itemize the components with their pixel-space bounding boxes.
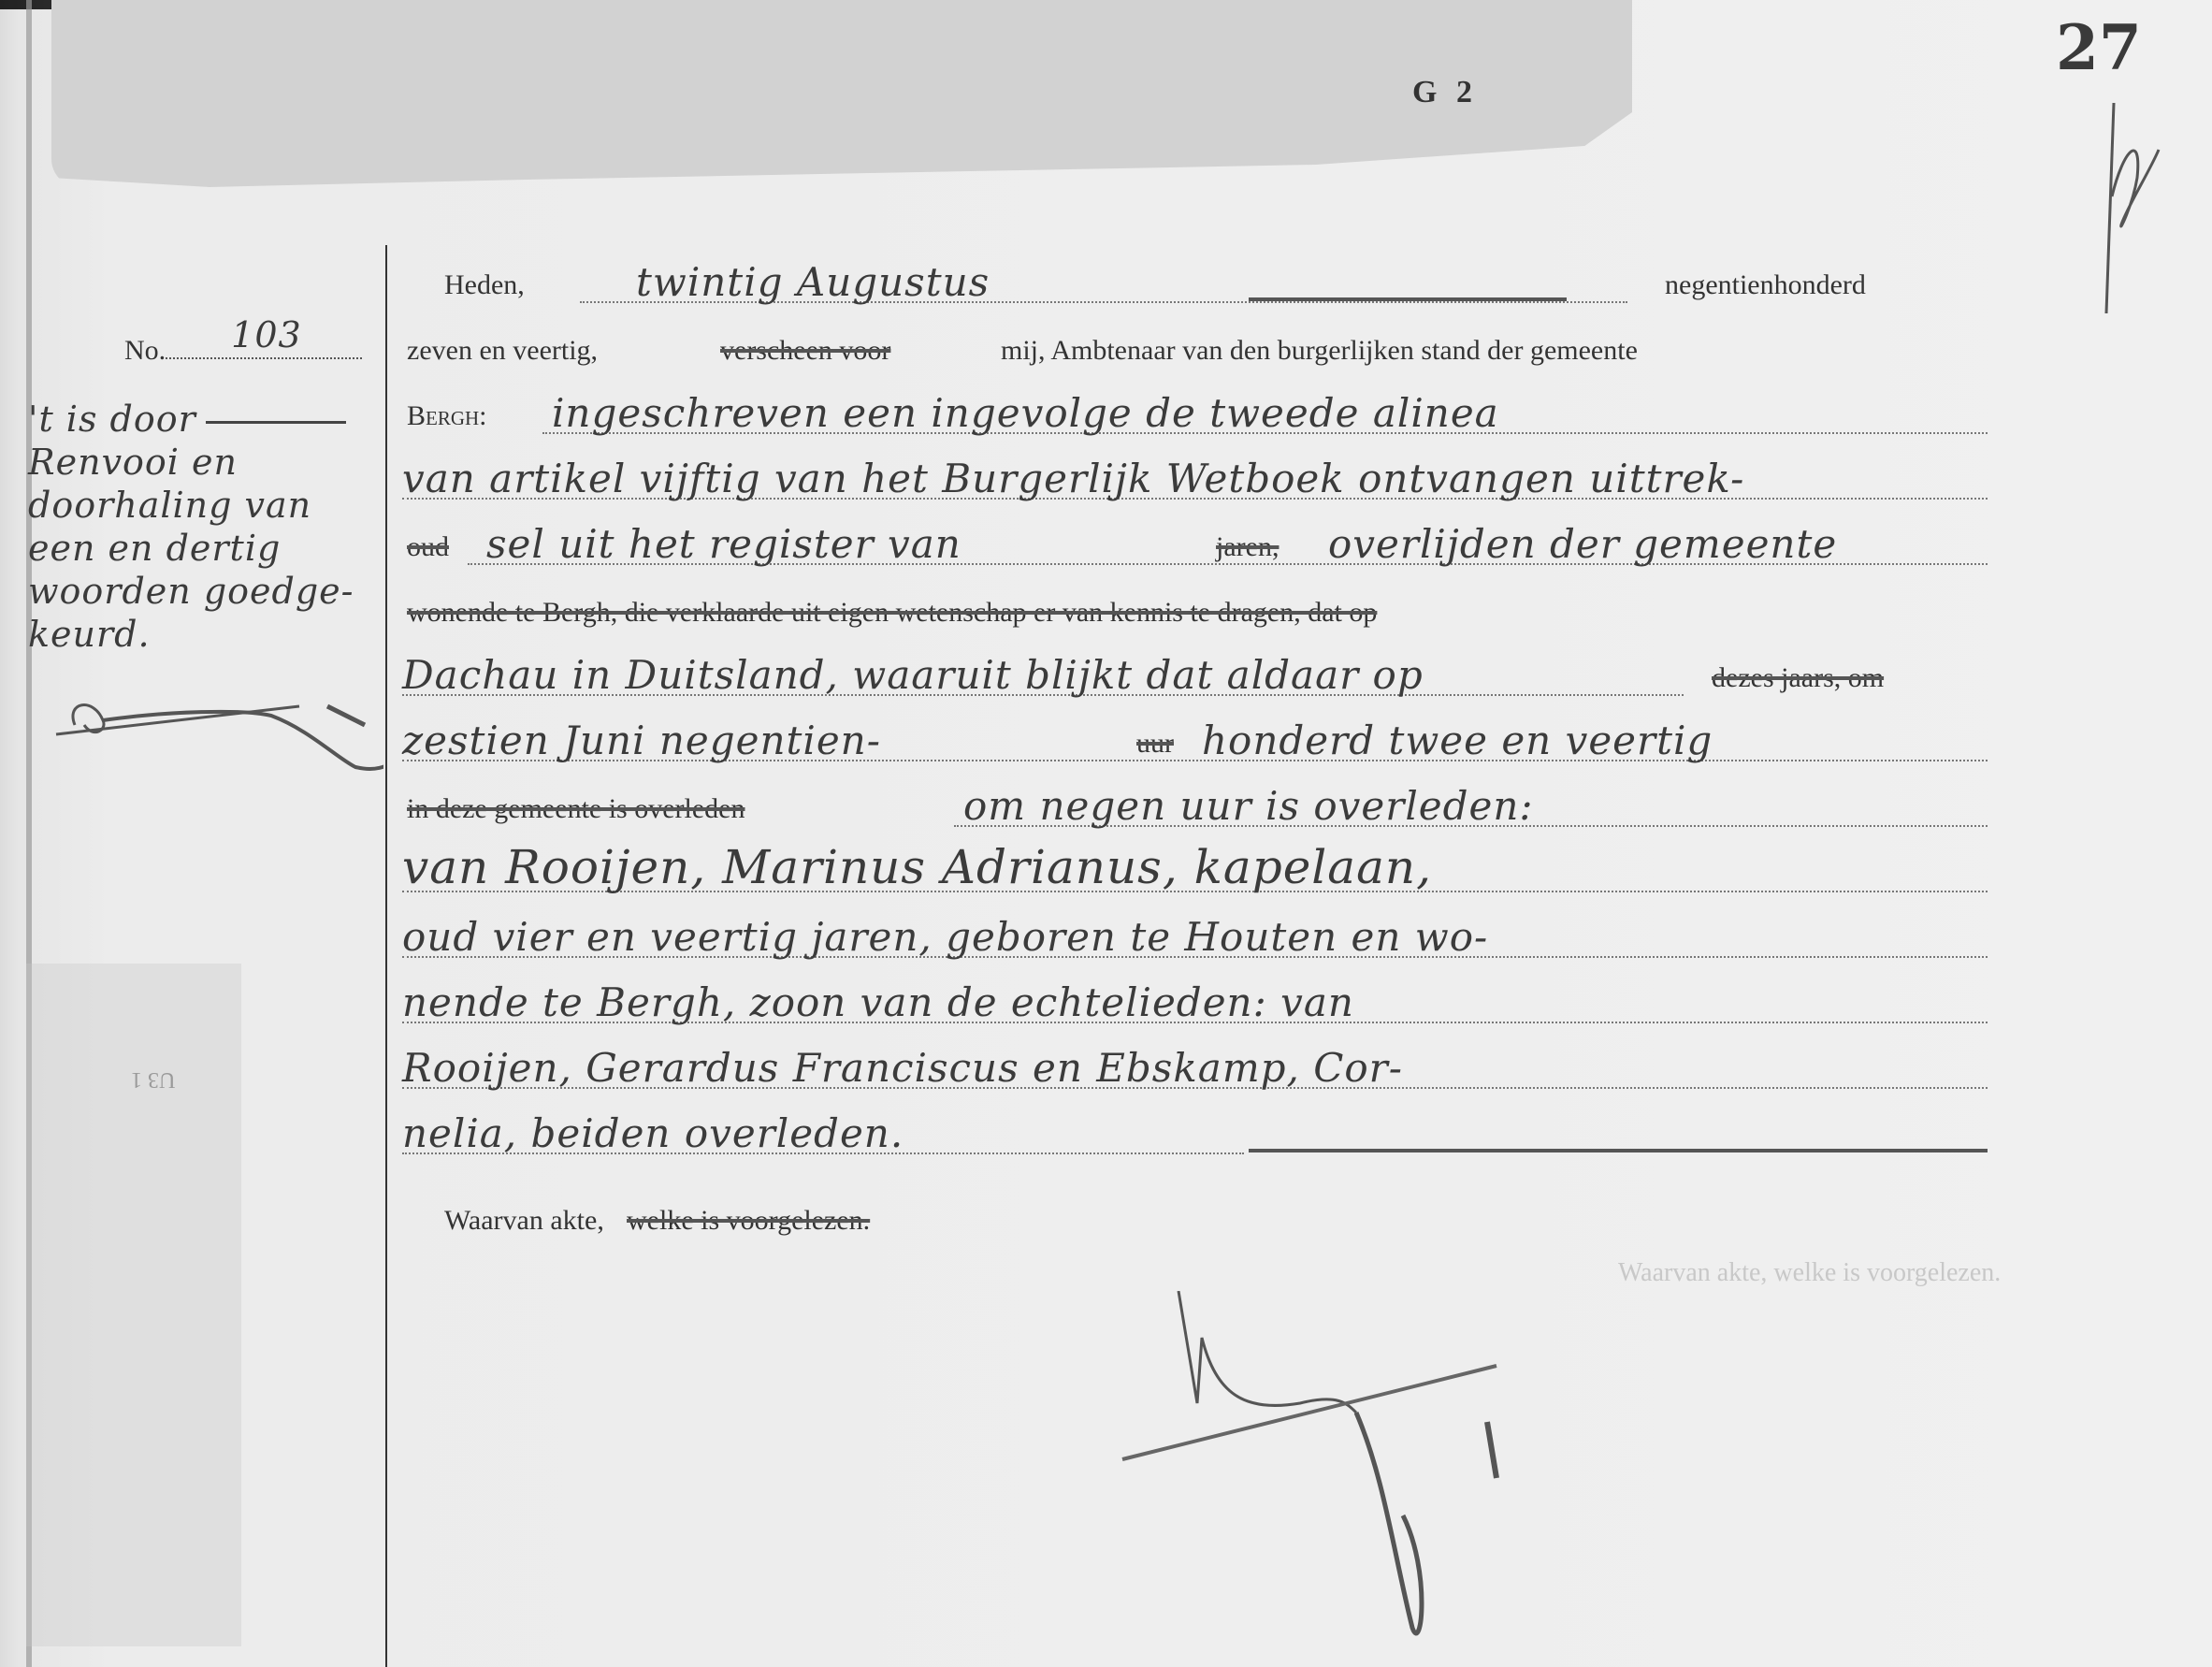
record-number-field: No.103 <box>124 329 362 367</box>
record-line-12: nende te Bergh, zoon van de echtelieden:… <box>402 973 1992 1038</box>
margin-note-line: keurd. <box>28 613 383 656</box>
deceased-name: van Rooijen, Marinus Adrianus, kapelaan, <box>402 840 1432 894</box>
handwritten-text: honderd twee en veertig <box>1202 718 1713 763</box>
record-line-5: oud sel uit het register van jaren, over… <box>402 515 1992 580</box>
handwritten-text: nelia, beiden overleden. <box>402 1110 904 1156</box>
handwritten-text: oud vier en veertig jaren, geboren te Ho… <box>402 914 1488 960</box>
record-line-9: in deze gemeente is overleden om negen u… <box>402 776 1992 842</box>
margin-annotation: 't is door Renvooi en doorhaling van een… <box>28 398 383 656</box>
handwritten-date: twintig Augustus <box>636 259 990 305</box>
column-divider <box>385 245 387 1667</box>
municipality-name: Bergh: <box>407 400 487 432</box>
register-page: G 2 27 No.103 't is door Renvooi en door… <box>0 0 2212 1667</box>
handwritten-text: nende te Bergh, zoon van de echtelieden:… <box>402 979 1354 1025</box>
printed-text: mij, Ambtenaar van den burgerlijken stan… <box>1001 335 1638 367</box>
record-line-4: van artikel vijftig van het Burgerlijk W… <box>402 449 1992 515</box>
record-line-11: oud vier en veertig jaren, geboren te Ho… <box>402 907 1992 973</box>
record-line-14: nelia, beiden overleden. <box>402 1104 1992 1169</box>
gray-flap <box>51 0 1632 187</box>
margin-note-line: Renvooi en <box>28 441 383 484</box>
struck-text: wonende te Bergh, die verklaarde uit eig… <box>407 597 1377 629</box>
record-line-8: zestien Juni negentien- uur honderd twee… <box>402 711 1992 776</box>
record-number: 103 <box>231 314 302 355</box>
record-line-10: van Rooijen, Marinus Adrianus, kapelaan, <box>402 842 1992 907</box>
margin-note-line: een en dertig <box>28 527 383 570</box>
handwritten-text: overlijden der gemeente <box>1328 521 1837 567</box>
official-signature-icon <box>1113 1291 1824 1665</box>
record-line-3: Bergh: ingeschreven een ingevolge de twe… <box>402 384 1992 449</box>
record-line-15: Waarvan akte, welke is voorgelezen. <box>402 1188 1992 1254</box>
handwritten-text: om negen uur is overleden: <box>963 783 1534 829</box>
show-through-text: Waarvan akte, welke is voorgelezen. <box>1618 1258 2001 1288</box>
printed-text: Heden, <box>444 269 525 301</box>
record-line-7: Dachau in Duitsland, waaruit blijkt dat … <box>402 645 1992 711</box>
record-number-label: No. <box>124 335 166 366</box>
record-line-2: zeven en veertig, verscheen voor mij, Am… <box>402 318 1992 384</box>
struck-text: jaren, <box>1216 531 1279 563</box>
struck-text: oud <box>407 531 449 563</box>
parents-names: Rooijen, Gerardus Franciscus en Ebskamp,… <box>402 1045 1403 1091</box>
handwritten-text: sel uit het register van <box>486 521 961 567</box>
handwritten-text: van artikel vijftig van het Burgerlijk W… <box>402 456 1744 501</box>
record-line-13: Rooijen, Gerardus Franciscus en Ebskamp,… <box>402 1038 1992 1104</box>
margin-stamp-text: U3 1 <box>131 1066 175 1092</box>
printed-text: Waarvan akte, <box>444 1205 604 1237</box>
struck-text: dezes jaars, om <box>1712 662 1884 694</box>
struck-text: welke is voorgelezen. <box>627 1205 870 1237</box>
handwritten-text: ingeschreven een ingevolge de tweede ali… <box>552 390 1499 436</box>
printed-text: negentienhonderd <box>1665 269 1866 301</box>
handwritten-text: zestien Juni negentien- <box>402 718 881 763</box>
record-line-1: Heden, twintig Augustus negentienhonderd <box>402 253 1992 318</box>
struck-text: in deze gemeente is overleden <box>407 793 745 825</box>
margin-note-line: woorden goedge- <box>28 570 383 613</box>
flap-mark: G 2 <box>1412 75 1478 110</box>
page-number: 27 <box>2056 11 2142 84</box>
paraph-mark-icon <box>2086 94 2161 318</box>
handwritten-text: Dachau in Duitsland, waaruit blijkt dat … <box>402 652 1424 698</box>
margin-note-line: doorhaling van <box>28 484 383 527</box>
printed-text: zeven en veertig, <box>407 335 598 367</box>
margin-paraph-icon <box>28 674 383 861</box>
record-line-6: wonende te Bergh, die verklaarde uit eig… <box>402 580 1992 645</box>
struck-text: uur <box>1136 728 1174 760</box>
margin-note-line: 't is door <box>28 399 196 440</box>
struck-text: verscheen voor <box>720 335 890 367</box>
